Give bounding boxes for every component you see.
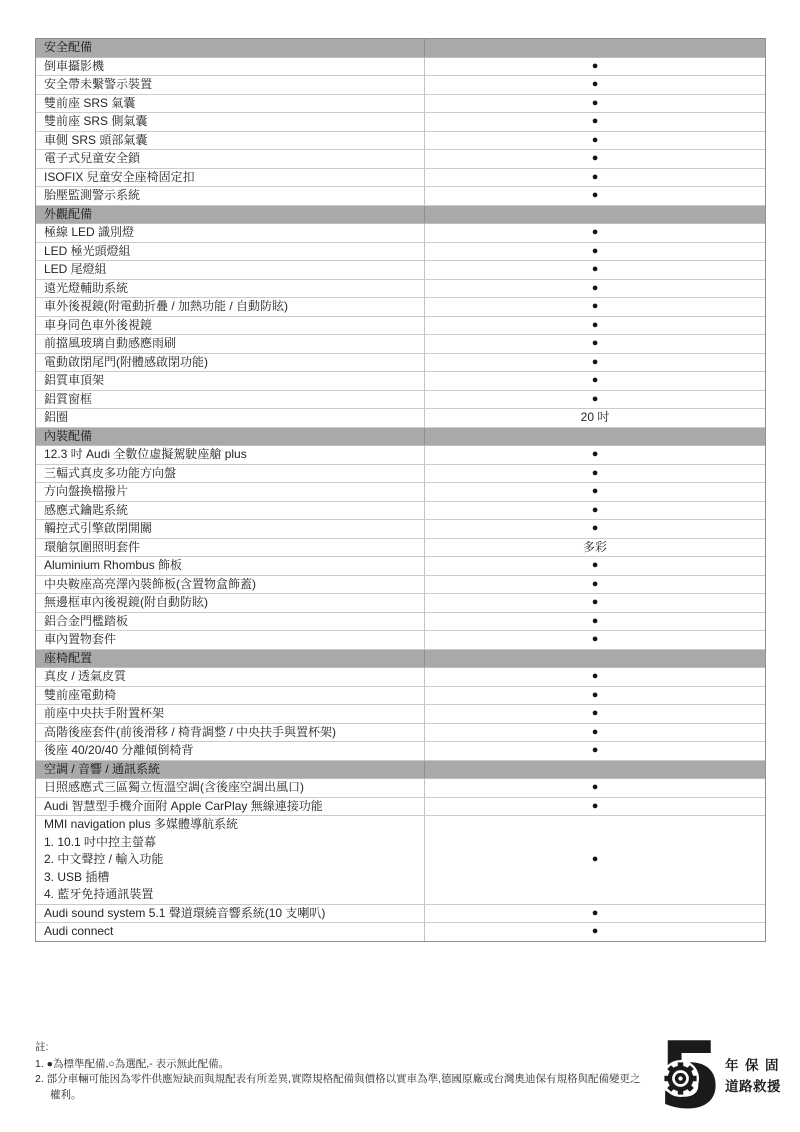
feature-name: 方向盤換檔撥片 bbox=[36, 483, 425, 502]
table-row: 胎壓監測警示系統● bbox=[36, 187, 765, 206]
feature-name: Aluminium Rhombus 飾板 bbox=[36, 557, 425, 576]
standard-equipment-dot: ● bbox=[425, 705, 765, 724]
standard-equipment-dot: ● bbox=[425, 113, 765, 132]
standard-equipment-dot: ● bbox=[425, 464, 765, 483]
standard-equipment-dot: ● bbox=[425, 631, 765, 650]
equipment-spec-table: 安全配備倒車攝影機●安全帶未繫警示裝置●雙前座 SRS 氣囊●雙前座 SRS 側… bbox=[35, 38, 766, 942]
feature-name: Audi sound system 5.1 聲道環繞音響系統(10 支喇叭) bbox=[36, 904, 425, 923]
standard-equipment-dot: ● bbox=[425, 242, 765, 261]
table-row: Audi 智慧型手機介面附 Apple CarPlay 無線連接功能● bbox=[36, 797, 765, 816]
standard-equipment-dot: ● bbox=[425, 923, 765, 941]
table-row: 觸控式引擎啟閉開關● bbox=[36, 520, 765, 539]
table-row: 前座中央扶手附置杯架● bbox=[36, 705, 765, 724]
table-row: 極線 LED 識別燈● bbox=[36, 224, 765, 243]
section-header-value-cell bbox=[425, 760, 765, 779]
section-header-value-cell bbox=[425, 205, 765, 224]
standard-equipment-dot: ● bbox=[425, 353, 765, 372]
standard-equipment-dot: ● bbox=[425, 372, 765, 391]
warranty-badge-text: 年保固 道路救援 bbox=[725, 1042, 785, 1097]
feature-name: 鋁合金門檻踏板 bbox=[36, 612, 425, 631]
standard-equipment-dot: ● bbox=[425, 131, 765, 150]
feature-name: 倒車攝影機 bbox=[36, 57, 425, 76]
feature-name: 三輻式真皮多功能方向盤 bbox=[36, 464, 425, 483]
feature-name: 電子式兒童安全鎖 bbox=[36, 150, 425, 169]
table-row: 三輻式真皮多功能方向盤● bbox=[36, 464, 765, 483]
section-header-label: 內裝配備 bbox=[36, 427, 425, 446]
feature-name: ISOFIX 兒童安全座椅固定扣 bbox=[36, 168, 425, 187]
note-item-1: 1. ●為標準配備,○為選配,- 表示無此配備。 bbox=[35, 1057, 641, 1073]
standard-equipment-dot: ● bbox=[425, 94, 765, 113]
table-row: ISOFIX 兒童安全座椅固定扣● bbox=[36, 168, 765, 187]
table-row: 高階後座套件(前後滑移 / 椅背調整 / 中央扶手與置杯架)● bbox=[36, 723, 765, 742]
standard-equipment-dot: ● bbox=[425, 390, 765, 409]
section-header-label: 空調 / 音響 / 通訊系統 bbox=[36, 760, 425, 779]
table-row: 鋁圈20 吋 bbox=[36, 409, 765, 428]
feature-name: 感應式鑰匙系統 bbox=[36, 501, 425, 520]
standard-equipment-dot: ● bbox=[425, 501, 765, 520]
section-header-row: 內裝配備 bbox=[36, 427, 765, 446]
feature-value: 多彩 bbox=[425, 538, 765, 557]
table-row: 雙前座電動椅● bbox=[36, 686, 765, 705]
note-item-2: 2. 部分車輛可能因為零件供應短缺而與規配表有所差異,實際規格配備與價格以實車為… bbox=[35, 1072, 641, 1103]
standard-equipment-dot: ● bbox=[425, 594, 765, 613]
warranty-badge: 5 年保固 道路救援 bbox=[658, 1042, 785, 1112]
section-header-label: 座椅配置 bbox=[36, 649, 425, 668]
table-row: MMI navigation plus 多媒體導航系統 1. 10.1 吋中控主… bbox=[36, 816, 765, 905]
feature-name: 車身同色車外後視鏡 bbox=[36, 316, 425, 335]
standard-equipment-dot: ● bbox=[425, 168, 765, 187]
standard-equipment-dot: ● bbox=[425, 316, 765, 335]
table-row: 無邊框車內後視鏡(附自動防眩)● bbox=[36, 594, 765, 613]
feature-name: Audi connect bbox=[36, 923, 425, 941]
feature-name: 無邊框車內後視鏡(附自動防眩) bbox=[36, 594, 425, 613]
spec-table-body: 安全配備倒車攝影機●安全帶未繫警示裝置●雙前座 SRS 氣囊●雙前座 SRS 側… bbox=[36, 39, 765, 941]
feature-name: LED 尾燈組 bbox=[36, 261, 425, 280]
feature-name: 遠光燈輔助系統 bbox=[36, 279, 425, 298]
feature-name: Audi 智慧型手機介面附 Apple CarPlay 無線連接功能 bbox=[36, 797, 425, 816]
standard-equipment-dot: ● bbox=[425, 723, 765, 742]
feature-name: 車側 SRS 頭部氣囊 bbox=[36, 131, 425, 150]
section-header-row: 空調 / 音響 / 通訊系統 bbox=[36, 760, 765, 779]
section-header-row: 安全配備 bbox=[36, 39, 765, 57]
feature-name: 鋁圈 bbox=[36, 409, 425, 428]
feature-name: 真皮 / 透氣皮質 bbox=[36, 668, 425, 687]
standard-equipment-dot: ● bbox=[425, 483, 765, 502]
gear-icon bbox=[661, 1059, 700, 1098]
feature-name: 後座 40/20/40 分離傾倒椅背 bbox=[36, 742, 425, 761]
standard-equipment-dot: ● bbox=[425, 335, 765, 354]
table-row: 12.3 吋 Audi 全數位虛擬駕駛座艙 plus● bbox=[36, 446, 765, 465]
feature-name: 雙前座 SRS 氣囊 bbox=[36, 94, 425, 113]
standard-equipment-dot: ● bbox=[425, 575, 765, 594]
table-row: 環艙氛圍照明套件多彩 bbox=[36, 538, 765, 557]
feature-name: 極線 LED 識別燈 bbox=[36, 224, 425, 243]
table-row: 雙前座 SRS 側氣囊● bbox=[36, 113, 765, 132]
table-row: 電動啟閉尾門(附體感啟閉功能)● bbox=[36, 353, 765, 372]
standard-equipment-dot: ● bbox=[425, 904, 765, 923]
feature-name: 12.3 吋 Audi 全數位虛擬駕駛座艙 plus bbox=[36, 446, 425, 465]
table-row: 雙前座 SRS 氣囊● bbox=[36, 94, 765, 113]
section-header-label: 外觀配備 bbox=[36, 205, 425, 224]
feature-name: 車外後視鏡(附電動折疊 / 加熱功能 / 自動防眩) bbox=[36, 298, 425, 317]
table-row: 車內置物套件● bbox=[36, 631, 765, 650]
feature-name: 觸控式引擎啟閉開關 bbox=[36, 520, 425, 539]
feature-name: 雙前座 SRS 側氣囊 bbox=[36, 113, 425, 132]
feature-name: MMI navigation plus 多媒體導航系統 1. 10.1 吋中控主… bbox=[36, 816, 425, 905]
table-row: 安全帶未繫警示裝置● bbox=[36, 76, 765, 95]
section-header-label: 安全配備 bbox=[36, 39, 425, 57]
standard-equipment-dot: ● bbox=[425, 686, 765, 705]
standard-equipment-dot: ● bbox=[425, 57, 765, 76]
standard-equipment-dot: ● bbox=[425, 557, 765, 576]
standard-equipment-dot: ● bbox=[425, 279, 765, 298]
table-row: 日照感應式三區獨立恆溫空調(含後座空調出風口)● bbox=[36, 779, 765, 798]
table-row: 感應式鑰匙系統● bbox=[36, 501, 765, 520]
section-header-row: 座椅配置 bbox=[36, 649, 765, 668]
table-row: LED 極光頭燈組● bbox=[36, 242, 765, 261]
footnotes: 註: 1. ●為標準配備,○為選配,- 表示無此配備。 2. 部分車輛可能因為零… bbox=[35, 1040, 641, 1103]
feature-name: 雙前座電動椅 bbox=[36, 686, 425, 705]
feature-name: LED 極光頭燈組 bbox=[36, 242, 425, 261]
feature-name: 中央鞍座高亮澤內裝飾板(含置物盒飾蓋) bbox=[36, 575, 425, 594]
feature-name: 環艙氛圍照明套件 bbox=[36, 538, 425, 557]
feature-value: 20 吋 bbox=[425, 409, 765, 428]
table-row: 車外後視鏡(附電動折疊 / 加熱功能 / 自動防眩)● bbox=[36, 298, 765, 317]
standard-equipment-dot: ● bbox=[425, 742, 765, 761]
standard-equipment-dot: ● bbox=[425, 261, 765, 280]
table-row: 車身同色車外後視鏡● bbox=[36, 316, 765, 335]
table-row: LED 尾燈組● bbox=[36, 261, 765, 280]
warranty-line-years: 年保固 bbox=[725, 1055, 785, 1076]
table-row: 真皮 / 透氣皮質● bbox=[36, 668, 765, 687]
standard-equipment-dot: ● bbox=[425, 816, 765, 905]
feature-name: 電動啟閉尾門(附體感啟閉功能) bbox=[36, 353, 425, 372]
standard-equipment-dot: ● bbox=[425, 779, 765, 798]
table-row: 車側 SRS 頭部氣囊● bbox=[36, 131, 765, 150]
standard-equipment-dot: ● bbox=[425, 668, 765, 687]
standard-equipment-dot: ● bbox=[425, 76, 765, 95]
feature-name: 車內置物套件 bbox=[36, 631, 425, 650]
warranty-line-roadside: 道路救援 bbox=[725, 1076, 785, 1097]
feature-name: 胎壓監測警示系統 bbox=[36, 187, 425, 206]
standard-equipment-dot: ● bbox=[425, 298, 765, 317]
table-row: 電子式兒童安全鎖● bbox=[36, 150, 765, 169]
section-header-value-cell bbox=[425, 427, 765, 446]
table-row: Audi sound system 5.1 聲道環繞音響系統(10 支喇叭)● bbox=[36, 904, 765, 923]
table-row: 鋁質車頂架● bbox=[36, 372, 765, 391]
table-row: 前擋風玻璃自動感應雨刷● bbox=[36, 335, 765, 354]
standard-equipment-dot: ● bbox=[425, 520, 765, 539]
feature-name: 前擋風玻璃自動感應雨刷 bbox=[36, 335, 425, 354]
standard-equipment-dot: ● bbox=[425, 224, 765, 243]
feature-name: 日照感應式三區獨立恆溫空調(含後座空調出風口) bbox=[36, 779, 425, 798]
table-row: 方向盤換檔撥片● bbox=[36, 483, 765, 502]
standard-equipment-dot: ● bbox=[425, 797, 765, 816]
standard-equipment-dot: ● bbox=[425, 446, 765, 465]
warranty-years-figure: 5 bbox=[658, 1042, 716, 1112]
feature-name: 前座中央扶手附置杯架 bbox=[36, 705, 425, 724]
standard-equipment-dot: ● bbox=[425, 187, 765, 206]
table-row: 倒車攝影機● bbox=[36, 57, 765, 76]
table-row: Audi connect● bbox=[36, 923, 765, 941]
table-row: 鋁質窗框● bbox=[36, 390, 765, 409]
section-header-value-cell bbox=[425, 39, 765, 57]
table-row: Aluminium Rhombus 飾板● bbox=[36, 557, 765, 576]
feature-name: 高階後座套件(前後滑移 / 椅背調整 / 中央扶手與置杯架) bbox=[36, 723, 425, 742]
feature-name: 鋁質車頂架 bbox=[36, 372, 425, 391]
standard-equipment-dot: ● bbox=[425, 150, 765, 169]
feature-name: 安全帶未繫警示裝置 bbox=[36, 76, 425, 95]
table-row: 後座 40/20/40 分離傾倒椅背● bbox=[36, 742, 765, 761]
notes-label: 註: bbox=[35, 1040, 641, 1056]
section-header-value-cell bbox=[425, 649, 765, 668]
section-header-row: 外觀配備 bbox=[36, 205, 765, 224]
table-row: 遠光燈輔助系統● bbox=[36, 279, 765, 298]
table-row: 鋁合金門檻踏板● bbox=[36, 612, 765, 631]
table-row: 中央鞍座高亮澤內裝飾板(含置物盒飾蓋)● bbox=[36, 575, 765, 594]
standard-equipment-dot: ● bbox=[425, 612, 765, 631]
feature-name: 鋁質窗框 bbox=[36, 390, 425, 409]
